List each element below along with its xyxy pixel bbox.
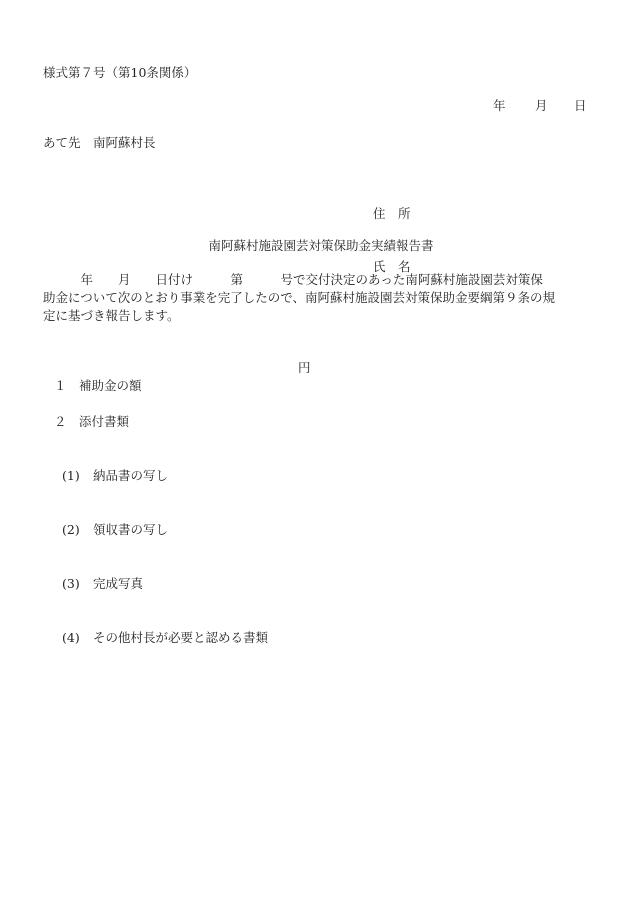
item-attachments: ２ 添付書類 <box>46 395 129 431</box>
list-item: (3)完成写真 <box>62 575 268 593</box>
date-line: 年 月 日 <box>491 97 587 169</box>
date-month: 月 <box>535 97 548 115</box>
yen-unit: 円 <box>298 359 311 377</box>
item-number: ２ <box>54 414 67 429</box>
item-label: 補助金の額 <box>79 378 142 393</box>
document-title: 南阿蘇村施設園芸対策保助金実績報告書 <box>0 237 630 255</box>
body-paragraph: 年 月 日付け 第 号で交付決定のあった南阿蘇村施設園芸対策保 助金について次の… <box>43 271 588 325</box>
item-label: 添付書類 <box>79 414 129 429</box>
date-day: 日 <box>574 97 587 115</box>
date-year: 年 <box>493 97 506 115</box>
attachment-list: (1)納品書の写し (2)領収書の写し (3)完成写真 (4)その他村長が必要と… <box>62 431 268 665</box>
item-number: １ <box>54 378 67 393</box>
body-line: 年 月 日付け 第 号で交付決定のあった南阿蘇村施設園芸対策保 <box>43 271 588 289</box>
list-item: (2)領収書の写し <box>62 521 268 539</box>
body-line: 定に基づき報告します。 <box>43 307 588 325</box>
list-item: (1)納品書の写し <box>62 467 268 485</box>
address-label: 住 所 <box>373 205 411 222</box>
addressee: あて先 南阿蘇村長 <box>43 134 156 152</box>
body-line: 助金について次のとおり事業を完了したので、南阿蘇村施設園芸対策保助金要綱第９条の… <box>43 289 588 307</box>
form-number: 様式第７号（第10条関係） <box>43 64 196 82</box>
list-item: (4)その他村長が必要と認める書類 <box>62 629 268 647</box>
